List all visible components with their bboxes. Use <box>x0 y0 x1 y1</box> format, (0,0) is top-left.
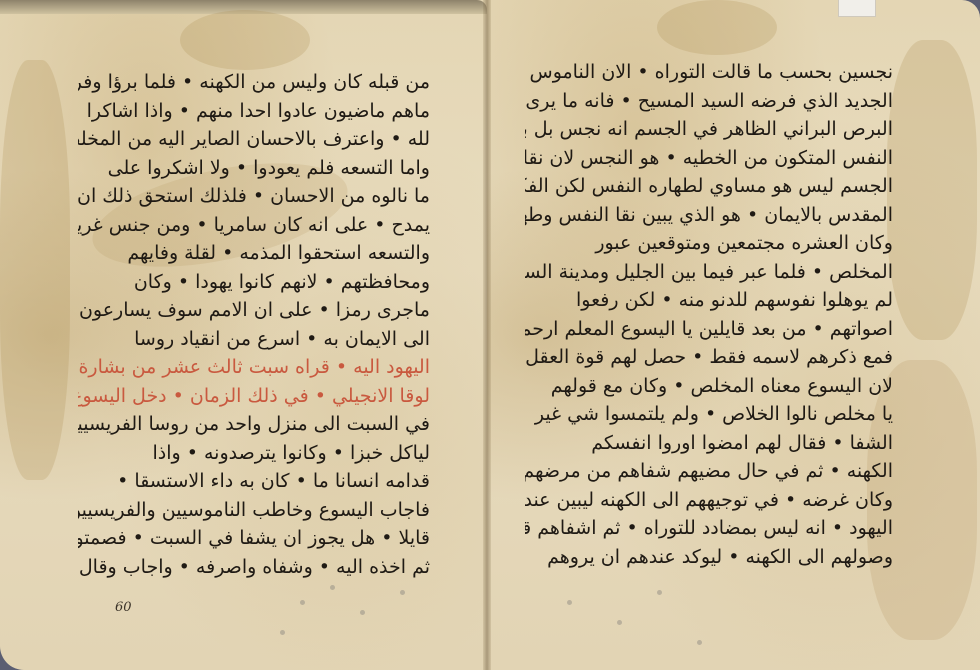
speck <box>657 590 662 595</box>
right-page-text: نجسين بحسب ما قالت التوراه • الان النامو… <box>525 58 893 571</box>
text-line: نجسين بحسب ما قالت التوراه • الان النامو… <box>525 58 893 87</box>
text-line: وكان العشره مجتمعين ومتوقعين عبور <box>525 229 893 258</box>
speck <box>697 640 702 645</box>
binding-gutter <box>483 0 491 670</box>
rubric-line: اليهود اليه • قراه سبت ثالث عشر من بشارة <box>78 353 430 382</box>
water-stain <box>180 10 310 70</box>
speck <box>400 590 405 595</box>
text-line: الجسم ليس هو مساوي لطهاره النفس لكن الفك… <box>525 172 893 201</box>
text-line: النفس المتكون من الخطيه • هو النجس لان ن… <box>525 144 893 173</box>
text-line: لياكل خبزا • وكانوا يترصدونه • واذا <box>78 439 430 468</box>
folio-number: 60 <box>115 600 132 615</box>
page-marker-tab <box>838 0 876 17</box>
text-line: يا مخلص نالوا الخلاص • ولم يلتمسوا شي غي… <box>525 400 893 429</box>
text-line: لله • واعترف بالاحسان الصاير اليه من الم… <box>78 125 430 154</box>
text-line: اصواتهم • من بعد قايلين يا اليسوع المعلم… <box>525 315 893 344</box>
text-line: الجديد الذي فرضه السيد المسيح • فانه ما … <box>525 87 893 116</box>
text-line: البرص البراني الظاهر في الجسم انه نجس بل… <box>525 115 893 144</box>
text-line: ماهم ماضيون عادوا احدا منهم • واذا اشاكر… <box>78 97 430 126</box>
speck <box>300 600 305 605</box>
text-line: الشفا • فقال لهم امضوا اوروا انفسكم <box>525 429 893 458</box>
text-line: يمدح • على انه كان سامريا • ومن جنس غريب <box>78 211 430 240</box>
text-line: الى الايمان به • اسرع من انقياد روسا <box>78 325 430 354</box>
speck <box>330 585 335 590</box>
text-line: فمع ذكرهم لاسمه فقط • حصل لهم قوة العقل <box>525 343 893 372</box>
water-stain <box>0 60 70 480</box>
text-line: ماجرى رمزا • على ان الامم سوف يسارعون <box>78 296 430 325</box>
text-line: ثم اخذه اليه • وشفاه واصرفه • واجاب وقال… <box>78 553 430 582</box>
manuscript-spread: من قبله كان وليس من الكهنه • فلما برؤا و… <box>0 0 980 670</box>
text-line: المخلص • فلما عبر فيما بين الجليل ومدينة… <box>525 258 893 287</box>
speck <box>360 610 365 615</box>
text-line: ومحافظتهم • لانهم كانوا يهودا • وكان <box>78 268 430 297</box>
water-stain <box>657 0 777 55</box>
text-line: فاجاب اليسوع وخاطب الناموسيين والفريسيين <box>78 496 430 525</box>
text-line: واما التسعه فلم يعودوا • ولا اشكروا على <box>78 154 430 183</box>
text-line: لان اليسوع معناه المخلص • وكان مع قولهم <box>525 372 893 401</box>
text-line: في السبت الى منزل واحد من روسا الفريسيين <box>78 410 430 439</box>
text-line: وصولهم الى الكهنه • ليوكد عندهم ان يروهم <box>525 543 893 572</box>
text-line: الكهنه • ثم في حال مضيهم شفاهم من مرضهم <box>525 457 893 486</box>
left-page-text: من قبله كان وليس من الكهنه • فلما برؤا و… <box>78 68 430 581</box>
text-line: ما نالوه من الاحسان • فلذلك استحق ذلك ان <box>78 182 430 211</box>
speck <box>617 620 622 625</box>
text-line: اليهود • انه ليس بمضادد للتوراه • ثم اشف… <box>525 514 893 543</box>
speck <box>567 600 572 605</box>
text-line: وكان غرضه • في توجيههم الى الكهنه ليبين … <box>525 486 893 515</box>
text-line: لم يوهلوا نفوسهم للدنو منه • لكن رفعوا <box>525 286 893 315</box>
water-stain <box>887 40 977 340</box>
text-line: قدامه انسانا ما • كان به داء الاستسقا • <box>78 467 430 496</box>
rubric-line: لوقا الانجيلي • في ذلك الزمان • دخل اليس… <box>78 382 430 411</box>
text-line: من قبله كان وليس من الكهنه • فلما برؤا و… <box>78 68 430 97</box>
text-line: قايلا • هل يجوز ان يشفا في السبت • فصمتو… <box>78 524 430 553</box>
text-line: والتسعه استحقوا المذمه • لقلة وفايهم <box>78 239 430 268</box>
speck <box>280 630 285 635</box>
text-line: المقدس بالايمان • هو الذي يبين نقا النفس… <box>525 201 893 230</box>
